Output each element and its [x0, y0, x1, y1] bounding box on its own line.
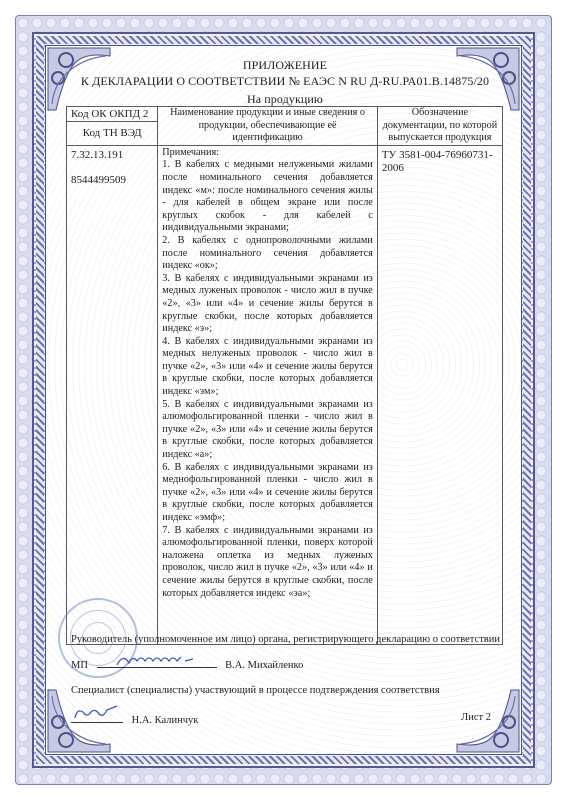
okpd-code: 7.32.13.191: [71, 149, 153, 162]
specialist-signature-line: [71, 712, 123, 723]
head-signature-line: [97, 657, 217, 668]
note-item: 6. В кабелях с индивидуальными экранами …: [162, 462, 373, 525]
header-documentation: Обозначение документации, по которой вып…: [377, 107, 502, 146]
sheet-number: Лист 2: [461, 712, 491, 723]
mp-label: МП: [71, 660, 88, 671]
signature-icon: [115, 649, 195, 669]
document-title: ПРИЛОЖЕНИЕ: [60, 58, 510, 73]
note-item: 2. В кабелях с однопроволочными жилами п…: [162, 235, 373, 273]
note-item: 3. В кабелях с индивидуальными экранами …: [162, 273, 373, 336]
header-tnved-code: Код ТН ВЭД: [67, 122, 158, 146]
header-product-name: Наименование продукции и иные сведения о…: [158, 107, 378, 146]
specialist-name: Н.А. Калинчук: [132, 715, 199, 726]
tnved-code: 8544499509: [71, 174, 153, 187]
documentation-reference: ТУ 3581-004-76960731-2006: [377, 145, 502, 644]
document-content: ПРИЛОЖЕНИЕ К ДЕКЛАРАЦИИ О СООТВЕТСТВИИ №…: [0, 0, 567, 800]
header-okpd-code: Код ОК ОКПД 2: [67, 107, 158, 122]
specialist-signature-row: Н.А. Калинчук: [71, 712, 198, 726]
product-table: Код ОК ОКПД 2 Наименование продукции и и…: [66, 106, 503, 645]
note-item: 7. В кабелях с индивидуальными экранами …: [162, 525, 373, 601]
product-scope: На продукцию: [60, 92, 510, 107]
codes-cell: 7.32.13.191 8544499509: [67, 145, 158, 644]
notes-cell: Примечания: 1. В кабелях с медными нелуж…: [158, 145, 378, 644]
head-signature-row: МП В.А. Михайленко: [71, 657, 303, 671]
note-item: 5. В кабелях с индивидуальными экранами …: [162, 399, 373, 462]
head-name: В.А. Михайленко: [225, 660, 303, 671]
head-of-body-label: Руководитель (уполномоченное им лицо) ор…: [71, 634, 511, 645]
notes-title: Примечания:: [162, 147, 373, 160]
declaration-number: К ДЕКЛАРАЦИИ О СООТВЕТСТВИИ № ЕАЭС N RU …: [60, 74, 510, 89]
note-item: 4. В кабелях с индивидуальными экранами …: [162, 336, 373, 399]
note-item: 1. В кабелях с медными нелужеными жилами…: [162, 159, 373, 235]
signature-icon: [71, 704, 121, 724]
specialist-label: Специалист (специалисты) участвующий в п…: [71, 685, 440, 696]
table-row: 7.32.13.191 8544499509 Примечания: 1. В …: [67, 145, 503, 644]
table-header-row: Код ОК ОКПД 2 Наименование продукции и и…: [67, 107, 503, 122]
